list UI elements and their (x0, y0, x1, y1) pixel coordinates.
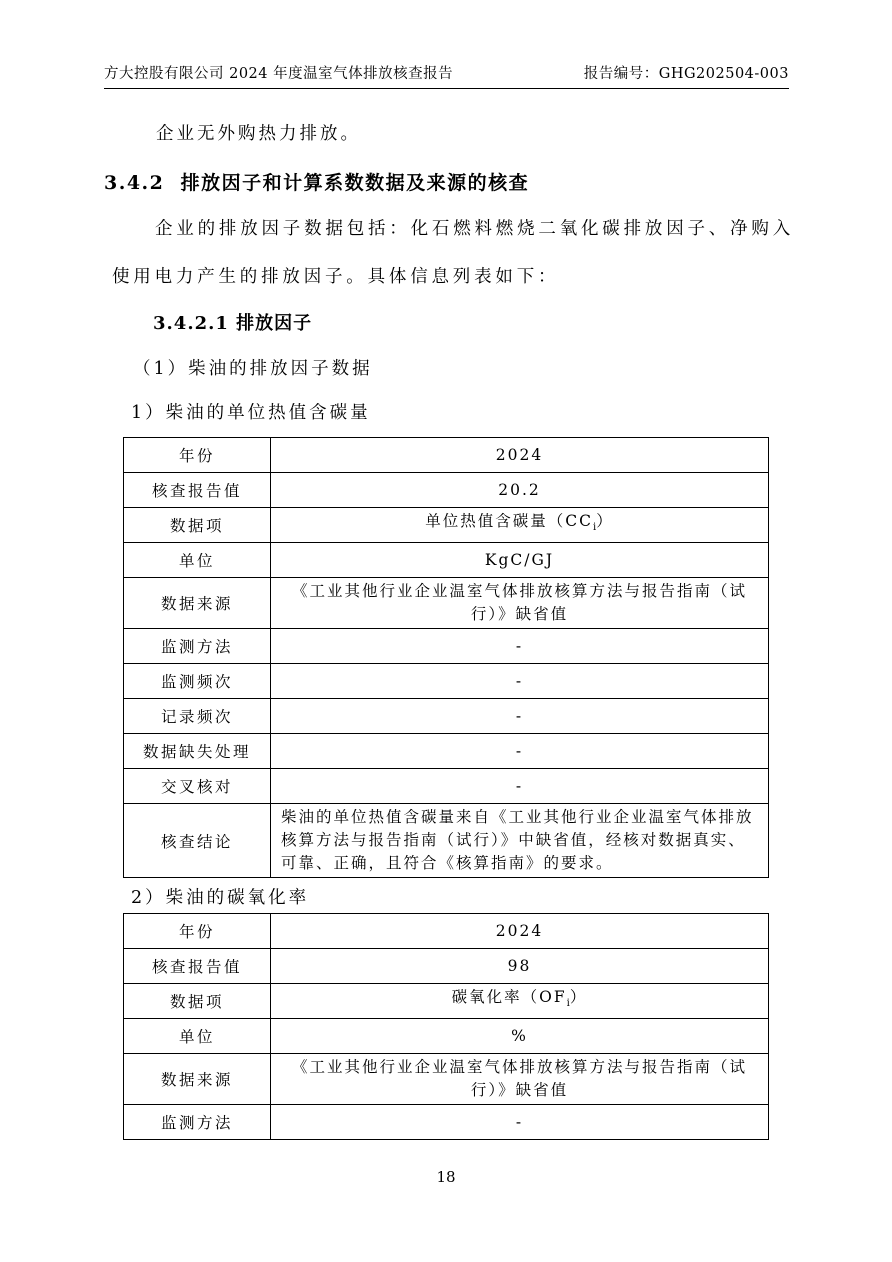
table-row: 数据缺失处理 - (124, 734, 769, 769)
row-value: 2024 (271, 914, 769, 949)
data-item-text: 单位热值含碳量（CC (425, 512, 593, 530)
page-header: 方大控股有限公司 2024 年度温室气体排放核查报告 报告编号：GHG20250… (104, 62, 789, 89)
row-label: 单位 (124, 543, 271, 578)
table-carbon-oxidation-rate: 年份 2024 核查报告值 98 数据项 碳氧化率（OFi） 单位 % 数据来源… (123, 913, 769, 1140)
table-row: 核查报告值 20.2 (124, 473, 769, 508)
row-value: 《工业其他行业企业温室气体排放核算方法与报告指南（试行）》缺省值 (271, 1054, 769, 1105)
row-value: 碳氧化率（OFi） (271, 984, 769, 1019)
row-label: 核查报告值 (124, 949, 271, 984)
table-row: 监测频次 - (124, 664, 769, 699)
paragraph-no-purchased-heat: 企业无外购热力排放。 (156, 120, 361, 145)
table-unit-carbon-content: 年份 2024 核查报告值 20.2 数据项 单位热值含碳量（CCi） 单位 K… (123, 437, 769, 878)
row-value: 单位热值含碳量（CCi） (271, 508, 769, 543)
header-document-title: 方大控股有限公司 2024 年度温室气体排放核查报告 (104, 62, 453, 83)
row-value: % (271, 1019, 769, 1054)
table-row: 核查结论 柴油的单位热值含碳量来自《工业其他行业企业温室气体排放核算方法与报告指… (124, 804, 769, 878)
table-row: 单位 KgC/GJ (124, 543, 769, 578)
row-value: 《工业其他行业企业温室气体排放核算方法与报告指南（试行）》缺省值 (271, 578, 769, 629)
row-value: 20.2 (271, 473, 769, 508)
subsection-heading-3-4-2-1: 3.4.2.1 排放因子 (153, 309, 312, 335)
sub-item-carbon-oxidation-rate: 2）柴油的碳氧化率 (131, 884, 309, 909)
row-label: 数据项 (124, 508, 271, 543)
table-row: 单位 % (124, 1019, 769, 1054)
section-heading-3-4-2: 3.4.2 排放因子和计算系数数据及来源的核查 (104, 168, 529, 195)
list-item-diesel-emission-factor: （1）柴油的排放因子数据 (133, 355, 373, 380)
row-label: 数据项 (124, 984, 271, 1019)
sub-item-unit-carbon-content: 1）柴油的单位热值含碳量 (131, 399, 371, 424)
row-value: KgC/GJ (271, 543, 769, 578)
row-label: 监测方法 (124, 629, 271, 664)
row-label: 监测频次 (124, 664, 271, 699)
row-label: 核查报告值 (124, 473, 271, 508)
table-row: 年份 2024 (124, 914, 769, 949)
row-value: - (271, 1105, 769, 1140)
row-value: - (271, 629, 769, 664)
data-item-text: ） (570, 988, 588, 1006)
row-value: 2024 (271, 438, 769, 473)
row-value: - (271, 664, 769, 699)
row-value: - (271, 734, 769, 769)
table-row: 数据来源 《工业其他行业企业温室气体排放核算方法与报告指南（试行）》缺省值 (124, 1054, 769, 1105)
table-row: 数据项 单位热值含碳量（CCi） (124, 508, 769, 543)
table-row: 监测方法 - (124, 1105, 769, 1140)
row-label: 记录频次 (124, 699, 271, 734)
row-value: - (271, 699, 769, 734)
row-value: 柴油的单位热值含碳量来自《工业其他行业企业温室气体排放核算方法与报告指南（试行）… (271, 804, 769, 878)
row-value: - (271, 769, 769, 804)
document-page: 方大控股有限公司 2024 年度温室气体排放核查报告 报告编号：GHG20250… (0, 0, 892, 1262)
row-label: 单位 (124, 1019, 271, 1054)
table-row: 年份 2024 (124, 438, 769, 473)
table-row: 监测方法 - (124, 629, 769, 664)
row-label: 数据缺失处理 (124, 734, 271, 769)
row-label: 监测方法 (124, 1105, 271, 1140)
table-row: 记录频次 - (124, 699, 769, 734)
row-label: 数据来源 (124, 578, 271, 629)
table-row: 核查报告值 98 (124, 949, 769, 984)
row-label: 年份 (124, 438, 271, 473)
row-label: 年份 (124, 914, 271, 949)
data-item-text: ） (596, 512, 614, 530)
intro-paragraph: 企业的排放因子数据包括：化石燃料燃烧二氧化碳排放因子、净购入使用电力产生的排放因… (112, 205, 794, 301)
row-label: 核查结论 (124, 804, 271, 878)
table-row: 数据项 碳氧化率（OFi） (124, 984, 769, 1019)
header-report-number: 报告编号：GHG202504-003 (584, 62, 789, 83)
data-item-text: 碳氧化率（OF (452, 988, 567, 1006)
table-row: 交叉核对 - (124, 769, 769, 804)
table-row: 数据来源 《工业其他行业企业温室气体排放核算方法与报告指南（试行）》缺省值 (124, 578, 769, 629)
page-number: 18 (0, 1168, 892, 1186)
row-value: 98 (271, 949, 769, 984)
row-label: 交叉核对 (124, 769, 271, 804)
row-label: 数据来源 (124, 1054, 271, 1105)
